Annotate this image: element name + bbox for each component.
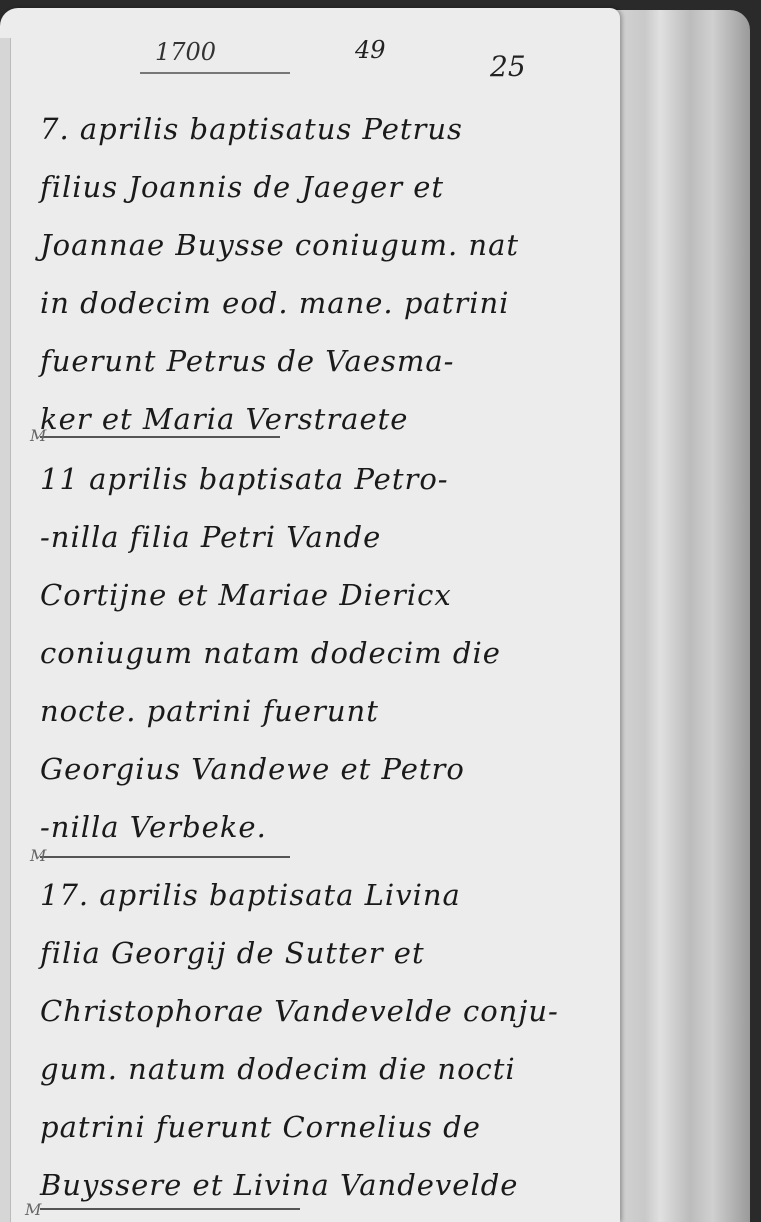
- entry-line: Cortijne et Mariae Diericx: [40, 566, 600, 624]
- entry-line: Joannae Buysse coniugum. nat: [40, 216, 600, 274]
- entry-separator: [40, 856, 290, 858]
- entry-line: filia Georgij de Sutter et: [40, 924, 600, 982]
- page-header: 1700 49 25: [0, 20, 620, 80]
- entry-line: -nilla filia Petri Vande: [40, 508, 600, 566]
- entry-line: filius Joannis de Jaeger et: [40, 158, 600, 216]
- entry-line: 17. aprilis baptisata Livina: [40, 866, 600, 924]
- entry-line: coniugum natam dodecim die: [40, 624, 600, 682]
- baptism-entry-1: 7. aprilis baptisatus Petrus filius Joan…: [40, 100, 600, 448]
- entry-line: -nilla Verbeke.: [40, 798, 600, 856]
- entry-line: Christophorae Vandevelde conju-: [40, 982, 600, 1040]
- year-underline: [140, 72, 290, 74]
- folio-number: 49: [355, 36, 386, 64]
- entry-line: fuerunt Petrus de Vaesma-: [40, 332, 600, 390]
- page-number: 25: [490, 50, 526, 83]
- margin-mark: M: [30, 426, 46, 445]
- binding-edge: [0, 38, 11, 1222]
- entry-line: in dodecim eod. mane. patrini: [40, 274, 600, 332]
- entry-line: 11 aprilis baptisata Petro-: [40, 450, 600, 508]
- entry-line: gum. natum dodecim die nocti: [40, 1040, 600, 1098]
- entry-separator: [40, 1208, 300, 1210]
- entry-line: 7. aprilis baptisatus Petrus: [40, 100, 600, 158]
- entry-line: nocte. patrini fuerunt: [40, 682, 600, 740]
- baptism-entry-2: 11 aprilis baptisata Petro- -nilla filia…: [40, 450, 600, 856]
- register-page: 1700 49 25 7. aprilis baptisatus Petrus …: [0, 8, 620, 1222]
- entry-line: Buyssere et Livina Vandevelde: [40, 1156, 600, 1214]
- baptism-entry-3: 17. aprilis baptisata Livina filia Georg…: [40, 866, 600, 1214]
- margin-mark: M: [30, 846, 46, 865]
- entry-line: ker et Maria Verstraete: [40, 390, 600, 448]
- page-edges-stack: [600, 10, 750, 1222]
- year-heading: 1700: [155, 38, 216, 66]
- entry-line: Georgius Vandewe et Petro: [40, 740, 600, 798]
- entry-line: patrini fuerunt Cornelius de: [40, 1098, 600, 1156]
- margin-mark: M: [25, 1200, 41, 1219]
- entry-separator: [40, 436, 280, 438]
